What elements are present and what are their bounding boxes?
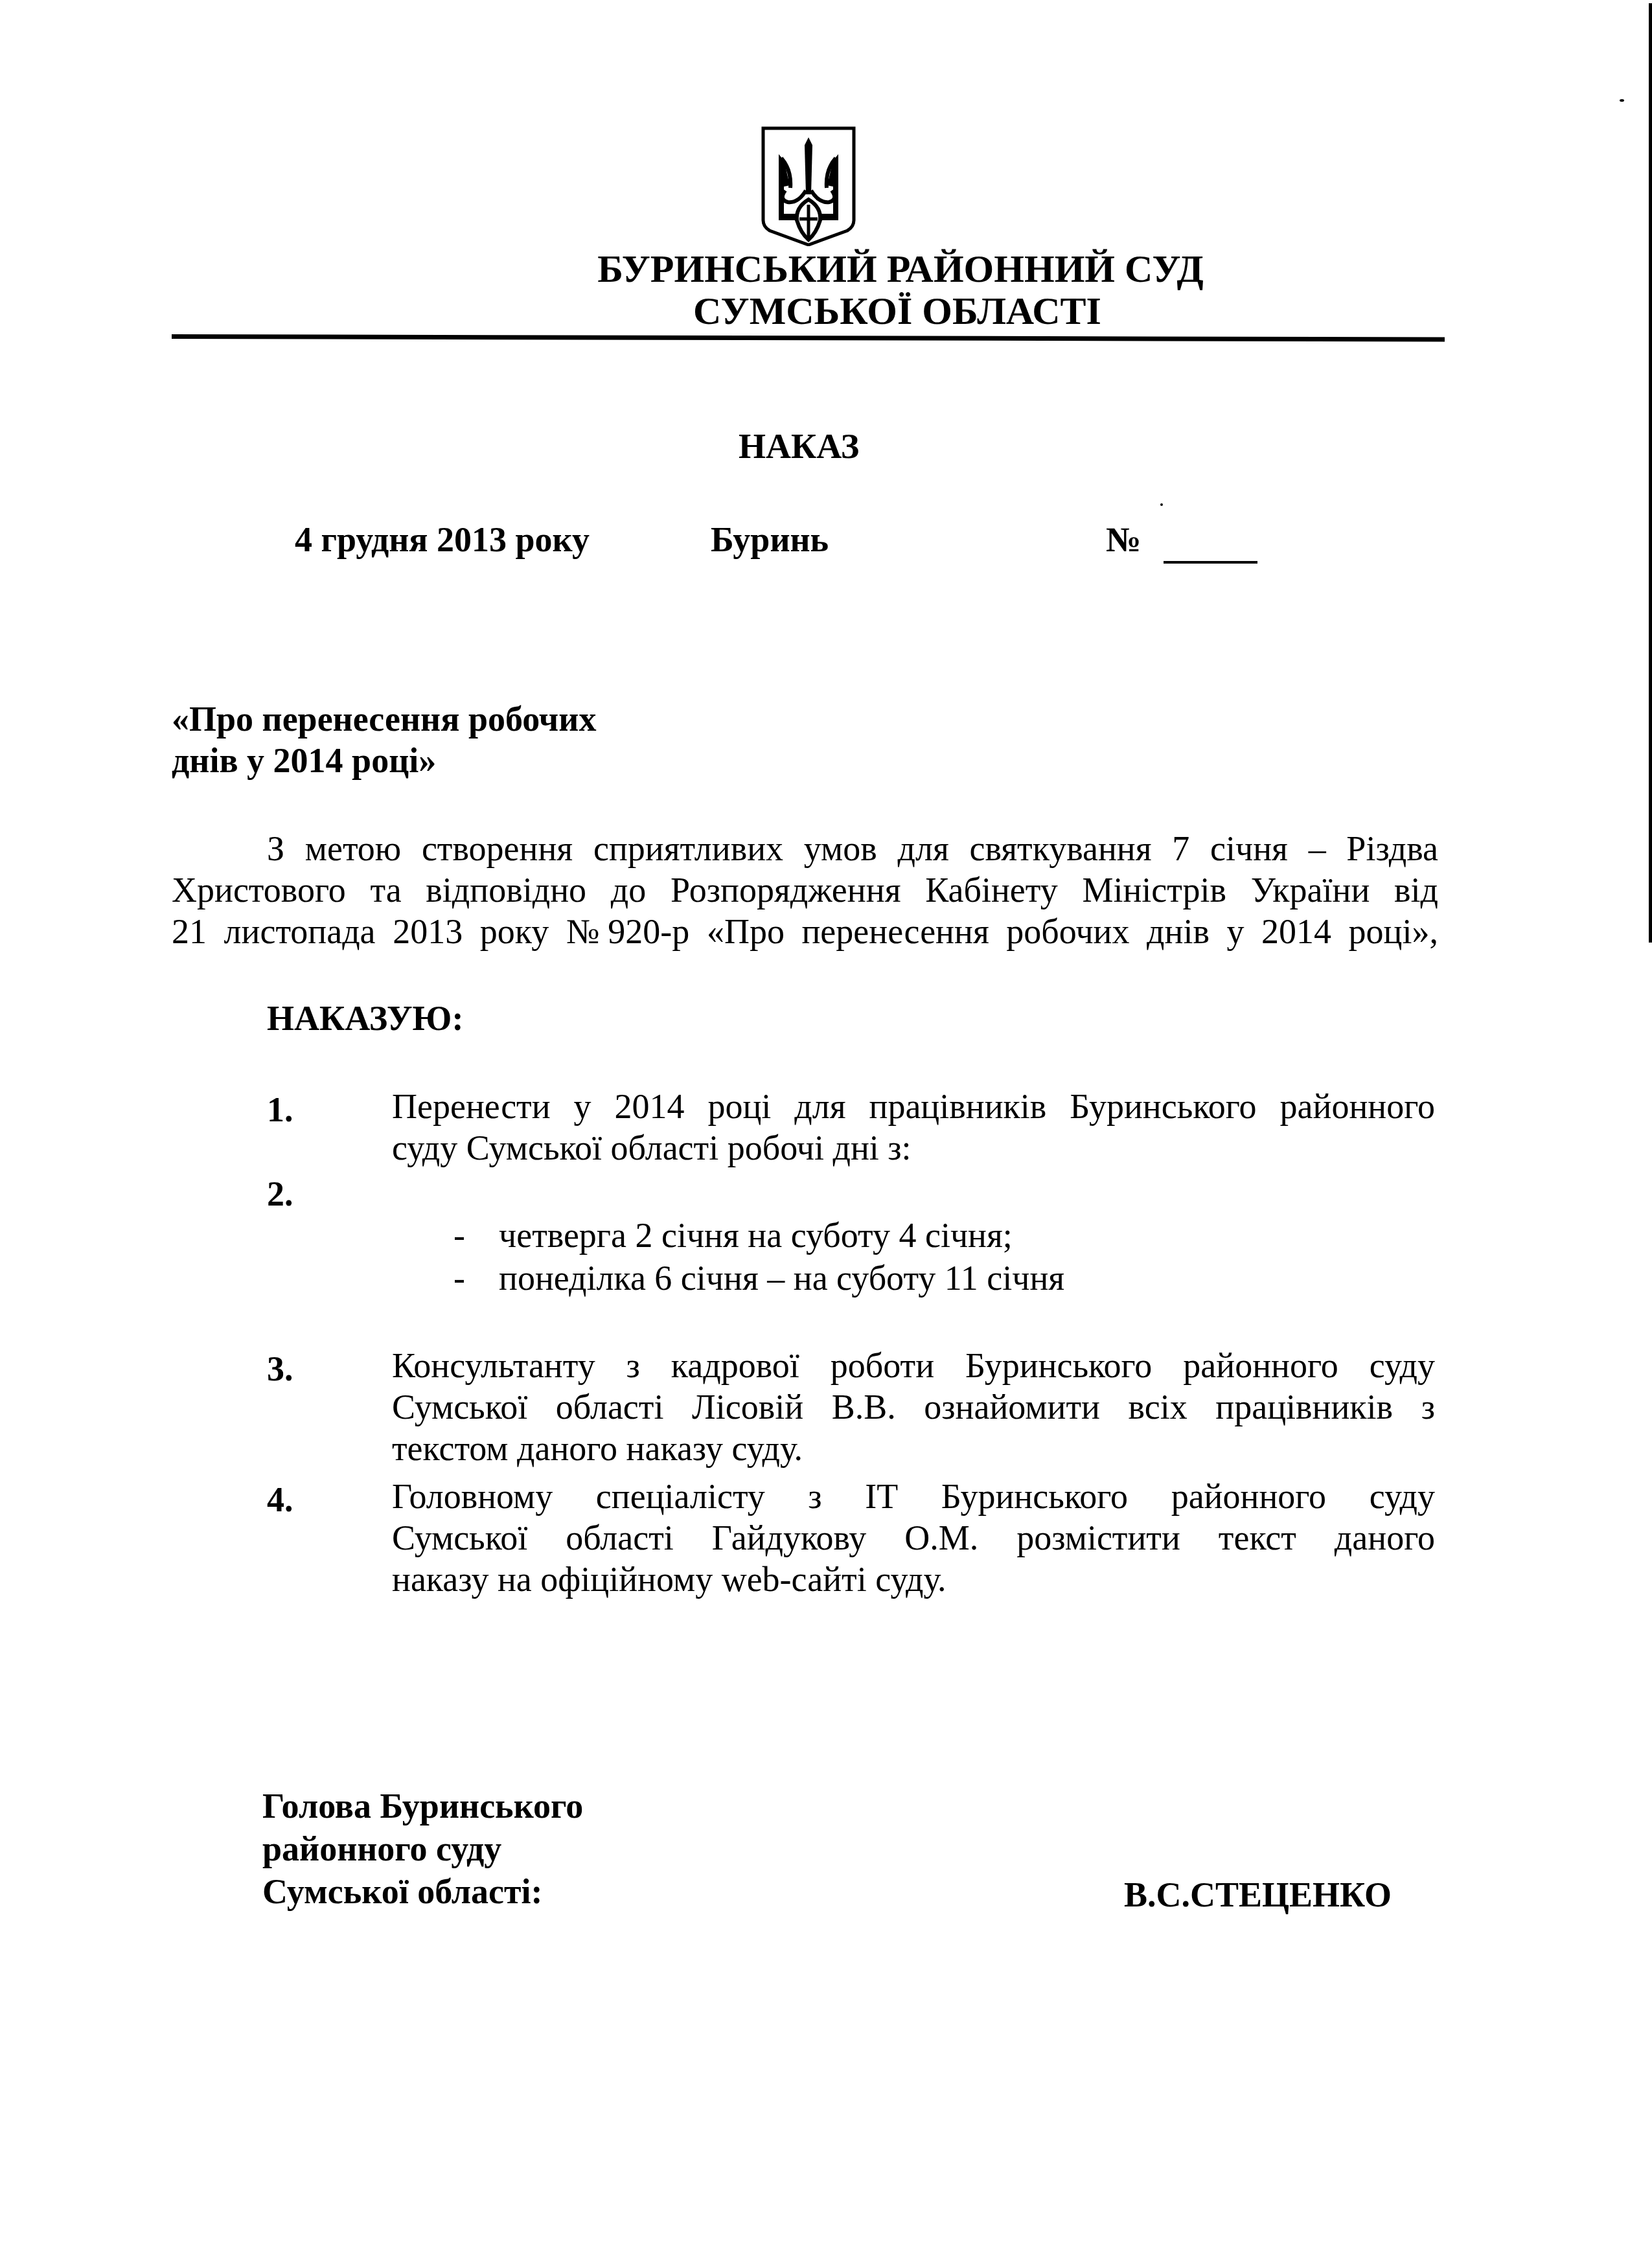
ukraine-trident-emblem-icon xyxy=(759,123,858,246)
scan-speck xyxy=(1620,99,1624,102)
item-line: Головному спеціалісту з ІТ Буринського р… xyxy=(392,1476,1435,1517)
sub-item: -понеділка 6 січня – на суботу 11 січня xyxy=(453,1261,1064,1296)
subject-line: днів у 2014 році» xyxy=(172,740,596,781)
scan-speck xyxy=(1160,503,1163,506)
signatory-name: В.С.СТЕЦЕНКО xyxy=(1124,1877,1392,1912)
item-line: Перенести у 2014 році для працівників Бу… xyxy=(392,1086,1435,1127)
court-name-line1: БУРИНСЬКИЙ РАЙОННИЙ СУД xyxy=(75,249,1652,288)
item-number: 4. xyxy=(267,1482,293,1517)
subject-line: «Про перенесення робочих xyxy=(172,698,596,740)
preamble-line: 21 листопада 2013 року №920-р «Про перен… xyxy=(172,911,1438,952)
item-line: наказу на офіційному web-сайті суду. xyxy=(392,1559,1435,1600)
header-divider xyxy=(172,334,1445,341)
signatory-position-line: Голова Буринського xyxy=(262,1785,583,1827)
item-text: Перенести у 2014 році для працівників Бу… xyxy=(392,1086,1435,1169)
item-number: 3. xyxy=(267,1351,293,1386)
decree-label: НАКАЗУЮ: xyxy=(267,1001,463,1036)
order-place: Буринь xyxy=(711,522,829,557)
order-date: 4 грудня 2013 року xyxy=(295,522,590,557)
item-number: 2. xyxy=(267,1176,293,1211)
sub-item-dash: - xyxy=(453,1261,499,1296)
order-number-label: № xyxy=(1106,522,1141,557)
preamble-paragraph: З метою створення сприятливих умов для с… xyxy=(172,828,1438,952)
item-line: Консультанту з кадрової роботи Буринсько… xyxy=(392,1345,1435,1386)
item-line: Сумської області Гайдукову О.М. розмісти… xyxy=(392,1517,1435,1559)
preamble-line: З метою створення сприятливих умов для с… xyxy=(172,828,1438,869)
sub-item-dash: - xyxy=(453,1218,499,1253)
item-number: 1. xyxy=(267,1092,293,1127)
item-line: Сумської області Лісовій В.В. ознайомити… xyxy=(392,1386,1435,1428)
signatory-position-line: Сумської області: xyxy=(262,1870,583,1913)
court-name-line2: СУМСЬКОЇ ОБЛАСТІ xyxy=(71,292,1652,330)
order-title: НАКАЗ xyxy=(739,429,859,464)
sub-item: -четверга 2 січня на суботу 4 січня; xyxy=(453,1218,1013,1253)
signatory-position: Голова Буринського районного суду Сумськ… xyxy=(262,1785,583,1913)
order-number-blank xyxy=(1164,561,1257,564)
item-line: текстом даного наказу суду. xyxy=(392,1428,1435,1469)
item-line: суду Сумської області робочі дні з: xyxy=(392,1127,1435,1169)
signatory-position-line: районного суду xyxy=(262,1827,583,1870)
item-text: Головному спеціалісту з ІТ Буринського р… xyxy=(392,1476,1435,1600)
sub-item-text: четверга 2 січня на суботу 4 січня; xyxy=(499,1216,1013,1255)
scan-edge-border xyxy=(1649,3,1652,943)
order-subject: «Про перенесення робочих днів у 2014 роц… xyxy=(172,698,596,781)
sub-item-text: понеділка 6 січня – на суботу 11 січня xyxy=(499,1259,1064,1298)
item-text: Консультанту з кадрової роботи Буринсько… xyxy=(392,1345,1435,1469)
preamble-line: Христового та відповідно до Розпорядженн… xyxy=(172,869,1438,911)
